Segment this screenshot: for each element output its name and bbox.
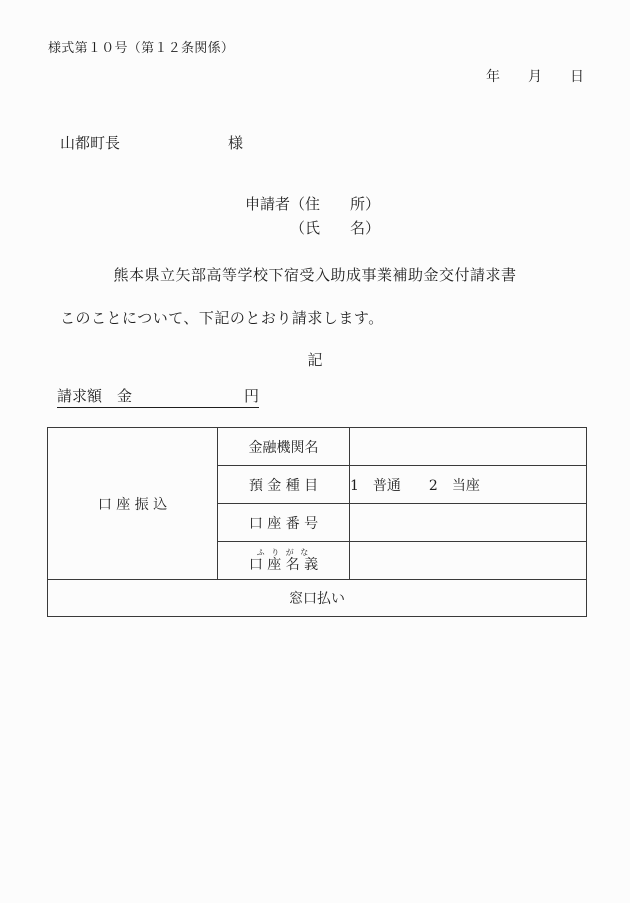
- deposit-type-options: 1 普通 2 当座: [350, 466, 587, 504]
- table-row: 窓口払い: [48, 580, 587, 617]
- account-holder-field: [350, 542, 587, 580]
- document-page: 様式第１０号（第１２条関係） 年 月 日 山都町長様 申請者（住 所） （氏 名…: [0, 0, 630, 903]
- counter-payment-label: 窓口払い: [48, 580, 587, 617]
- amount-unit: 円: [244, 387, 259, 405]
- account-number-field: [350, 504, 587, 542]
- account-number-label: 口 座 番 号: [218, 504, 350, 542]
- addressee-honorific: 様: [228, 134, 243, 152]
- date-line: 年 月 日: [486, 66, 584, 86]
- ki-marker: 記: [0, 349, 630, 370]
- form-number: 様式第１０号（第１２条関係）: [48, 37, 234, 56]
- request-sentence: このことについて、下記のとおり請求します。: [60, 307, 384, 328]
- applicant-address-label: 申請者（住 所）: [245, 192, 380, 216]
- amount-label: 請求額 金: [57, 387, 132, 405]
- financial-institution-field: [350, 428, 587, 466]
- payment-method-table: 口 座 振 込 金融機関名 預 金 種 目 1 普通 2 当座 口 座 番 号 …: [47, 427, 587, 617]
- applicant-block: 申請者（住 所） （氏 名）: [245, 192, 380, 240]
- document-title: 熊本県立矢部高等学校下宿受入助成事業補助金交付請求書: [0, 264, 630, 285]
- table-row: 口 座 振 込 金融機関名: [48, 428, 587, 466]
- account-holder-text: 口 座 名 義: [218, 557, 349, 573]
- bank-transfer-label: 口 座 振 込: [48, 428, 218, 580]
- deposit-type-label: 預 金 種 目: [218, 466, 350, 504]
- account-holder-label: ふ り が な 口 座 名 義: [218, 542, 350, 580]
- furigana-ruby: ふ り が な: [218, 548, 349, 557]
- amount-line: 請求額 金円: [57, 385, 259, 408]
- financial-institution-label: 金融機関名: [218, 428, 350, 466]
- applicant-name-label: （氏 名）: [245, 216, 380, 240]
- addressee-name: 山都町長: [60, 134, 120, 152]
- addressee-line: 山都町長様: [60, 132, 243, 153]
